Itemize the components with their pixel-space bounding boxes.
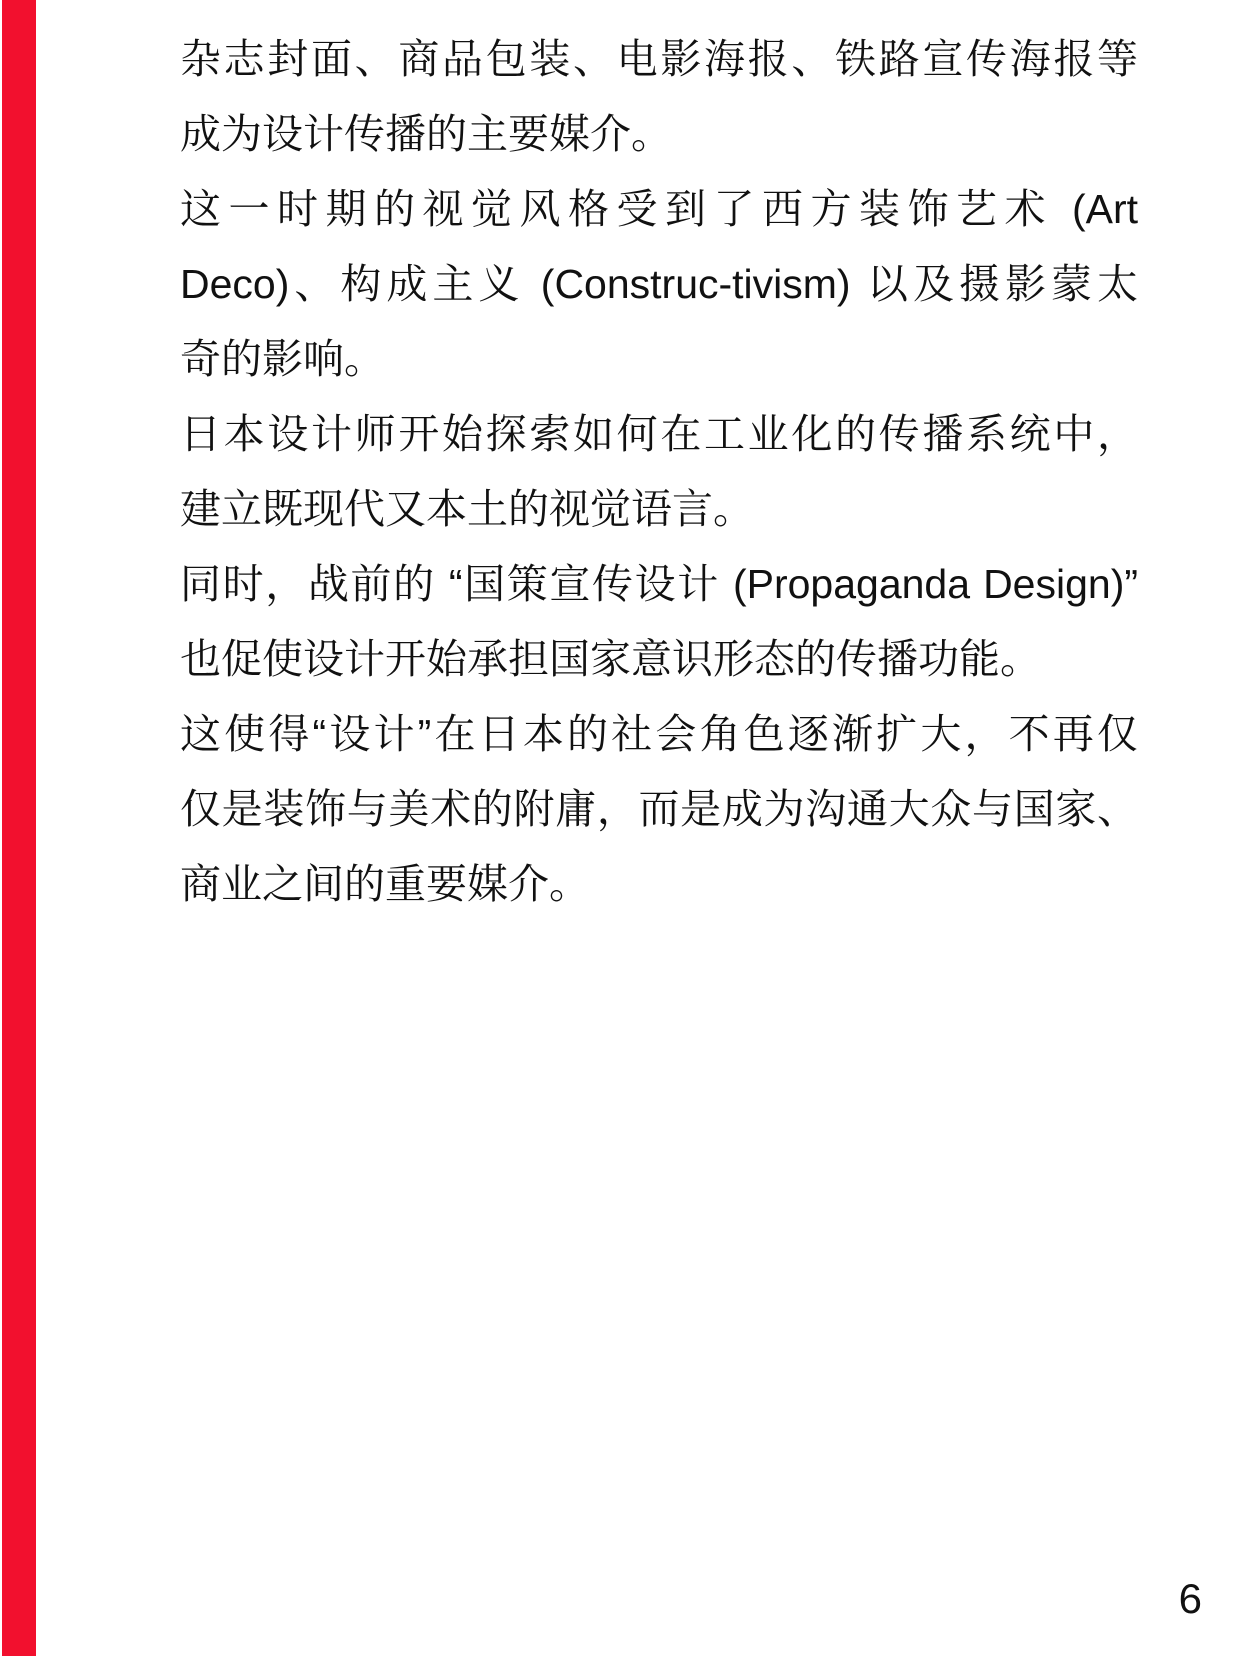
text-line: 同时，战前的 “国策宣传设计 (Propaganda Design)” (180, 547, 1138, 622)
text-line: 成为设计传播的主要媒介。 (180, 97, 1138, 172)
text-line: Deco)、构成主义 (Construc-tivism) 以及摄影蒙太 (180, 247, 1138, 322)
text-line: 日本设计师开始探索如何在工业化的传播系统中， (180, 397, 1138, 472)
text-line: 商业之间的重要媒介。 (180, 847, 1138, 922)
text-line: 这一时期的视觉风格受到了西方装饰艺术 (Art (180, 172, 1138, 247)
page-number: 6 (1179, 1578, 1202, 1620)
document-page: 杂志封面、商品包装、电影海报、铁路宣传海报等 成为设计传播的主要媒介。 这一时期… (0, 0, 1242, 1656)
left-accent-bar (2, 0, 36, 1656)
text-line: 建立既现代又本土的视觉语言。 (180, 472, 1138, 547)
body-text: 杂志封面、商品包装、电影海报、铁路宣传海报等 成为设计传播的主要媒介。 这一时期… (180, 22, 1138, 922)
text-line: 这使得“设计”在日本的社会角色逐渐扩大，不再仅 (180, 697, 1138, 772)
text-line: 也促使设计开始承担国家意识形态的传播功能。 (180, 622, 1138, 697)
text-line: 奇的影响。 (180, 322, 1138, 397)
text-line: 仅是装饰与美术的附庸，而是成为沟通大众与国家、 (180, 772, 1138, 847)
text-line: 杂志封面、商品包装、电影海报、铁路宣传海报等 (180, 22, 1138, 97)
